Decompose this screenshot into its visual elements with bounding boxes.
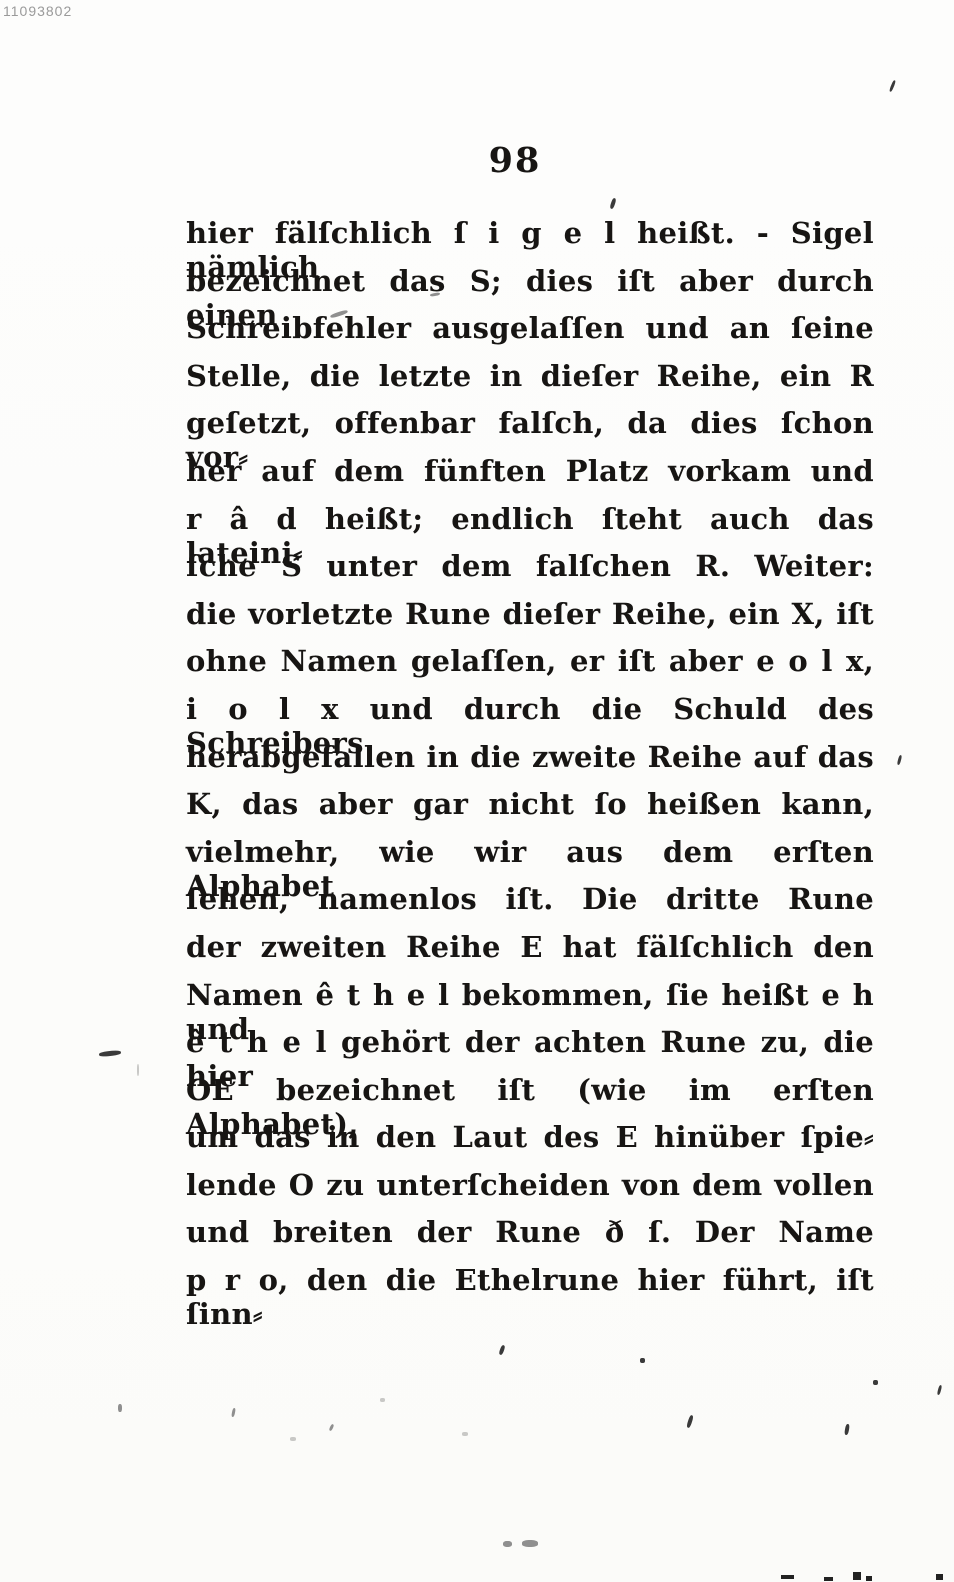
ink-speck xyxy=(873,1380,878,1385)
text-line: ſche S unter dem falſchen R. Weiter: xyxy=(186,549,874,597)
text-line: ê t h e l gehört der achten Rune zu, die… xyxy=(186,1025,874,1073)
ink-speck xyxy=(231,1408,236,1417)
ink-speck xyxy=(329,1424,335,1432)
ink-speck xyxy=(640,1358,645,1363)
ink-speck xyxy=(686,1415,694,1429)
ink-speck xyxy=(380,1398,385,1402)
text-line: um das in den Laut des E hinüber ſpie⸗ xyxy=(186,1120,874,1168)
right-margin-tick xyxy=(897,755,902,765)
ink-speck xyxy=(937,1385,942,1395)
text-line: OE bezeichnet iſt (wie im erſten Alphabe… xyxy=(186,1073,874,1121)
cropped-text-fragment xyxy=(866,1576,872,1581)
ink-speck xyxy=(844,1424,850,1436)
text-line: p r o, den die Ethelrune hier führt, iſt… xyxy=(186,1263,874,1311)
ink-speck xyxy=(290,1437,296,1441)
text-line: geſetzt, offenbar falſch, da dies ſchon … xyxy=(186,406,874,454)
text-line: herabgefallen in die zweite Reihe auf da… xyxy=(186,740,874,788)
ink-speck xyxy=(118,1404,122,1412)
ink-speck xyxy=(522,1540,538,1547)
ink-speck xyxy=(498,1345,505,1356)
apostrophe-speck xyxy=(889,80,896,92)
text-line: Stelle, die letzte in dieſer Reihe, ein … xyxy=(186,359,874,407)
margin-dash xyxy=(99,1050,121,1057)
cropped-text-fragment xyxy=(781,1575,794,1579)
cropped-text-fragment xyxy=(853,1572,861,1580)
scan-id-watermark: 11093802 xyxy=(3,3,72,19)
page-number: 98 xyxy=(185,140,845,181)
text-line: der zweiten Reihe E hat fälſchlich den xyxy=(186,930,874,978)
text-line: her auf dem fünften Platz vorkam und xyxy=(186,454,874,502)
ink-speck xyxy=(462,1432,468,1436)
text-line: K, das aber gar nicht ſo heißen kann, xyxy=(186,787,874,835)
text-line: Namen ê t h e l bekommen, ſie heißt e h … xyxy=(186,978,874,1026)
apostrophe-speck xyxy=(609,198,616,210)
text-line: vielmehr, wie wir aus dem erſten Alphabe… xyxy=(186,835,874,883)
text-line: i o l x und durch die Schuld des Schreib… xyxy=(186,692,874,740)
body-text-block: hier fälſchlich ſ i g e l heißt. - Sigel… xyxy=(186,216,874,1311)
text-line: bezeichnet das S; dies iſt aber durch ei… xyxy=(186,264,874,312)
text-line: Schreibfehler ausgelaſſen und an ſeine xyxy=(186,311,874,359)
ink-speck xyxy=(503,1541,512,1547)
text-line: ohne Namen gelaſſen, er iſt aber e o l x… xyxy=(186,644,874,692)
text-line: die vorletzte Rune dieſer Reihe, ein X, … xyxy=(186,597,874,645)
text-line: lende O zu unterſcheiden von dem vollen xyxy=(186,1168,874,1216)
text-line: und breiten der Rune ð ſ. Der Name xyxy=(186,1215,874,1263)
cropped-text-fragment xyxy=(824,1577,833,1581)
cropped-text-fragment xyxy=(936,1574,943,1580)
scanned-book-page: 11093802 98 hier fälſchlich ſ i g e l he… xyxy=(0,0,954,1582)
text-line: hier fälſchlich ſ i g e l heißt. - Sigel… xyxy=(186,216,874,264)
margin-tick xyxy=(137,1064,139,1076)
text-line: ſehen, namenlos iſt. Die dritte Rune xyxy=(186,882,874,930)
text-line: r â d heißt; endlich ſteht auch das late… xyxy=(186,502,874,550)
